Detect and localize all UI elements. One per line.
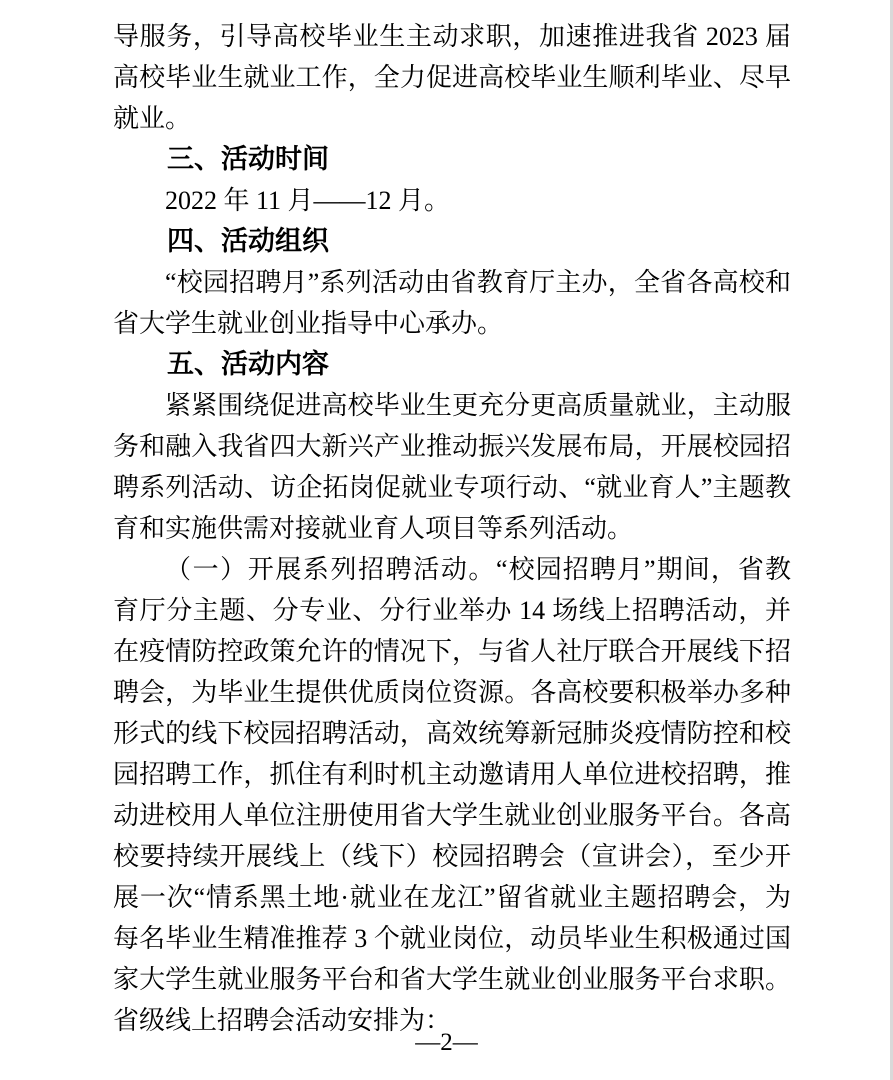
list-item-text: “校园招聘月”期间，省教育厅分主题、分专业、分行业举办 14 场线上招聘活动，并… (113, 555, 791, 1035)
list-item-lead: （一）开展系列招聘活动。 (165, 555, 496, 584)
paragraph-activity-time: 2022 年 11 月——12 月。 (113, 180, 791, 221)
document-body: 导服务，引导高校毕业生主动求职，加速推进我省 2023 届高校毕业生就业工作，全… (113, 16, 791, 1041)
paragraph-continuation: 导服务，引导高校毕业生主动求职，加速推进我省 2023 届高校毕业生就业工作，全… (113, 16, 791, 139)
paragraph-activity-organization: “校园招聘月”系列活动由省教育厅主办，全省各高校和省大学生就业创业指导中心承办。 (113, 262, 791, 344)
paragraph-recruitment-activities: （一）开展系列招聘活动。“校园招聘月”期间，省教育厅分主题、分专业、分行业举办 … (113, 549, 791, 1041)
heading-activity-organization: 四、活动组织 (113, 221, 791, 262)
page-number: —2— (415, 1029, 478, 1056)
paragraph-activity-content-overview: 紧紧围绕促进高校毕业生更充分更高质量就业，主动服务和融入我省四大新兴产业推动振兴… (113, 385, 791, 549)
page-footer: —2— (0, 1026, 893, 1060)
document-page: 导服务，引导高校毕业生主动求职，加速推进我省 2023 届高校毕业生就业工作，全… (0, 0, 893, 1080)
heading-activity-time: 三、活动时间 (113, 139, 791, 180)
heading-activity-content: 五、活动内容 (113, 344, 791, 385)
